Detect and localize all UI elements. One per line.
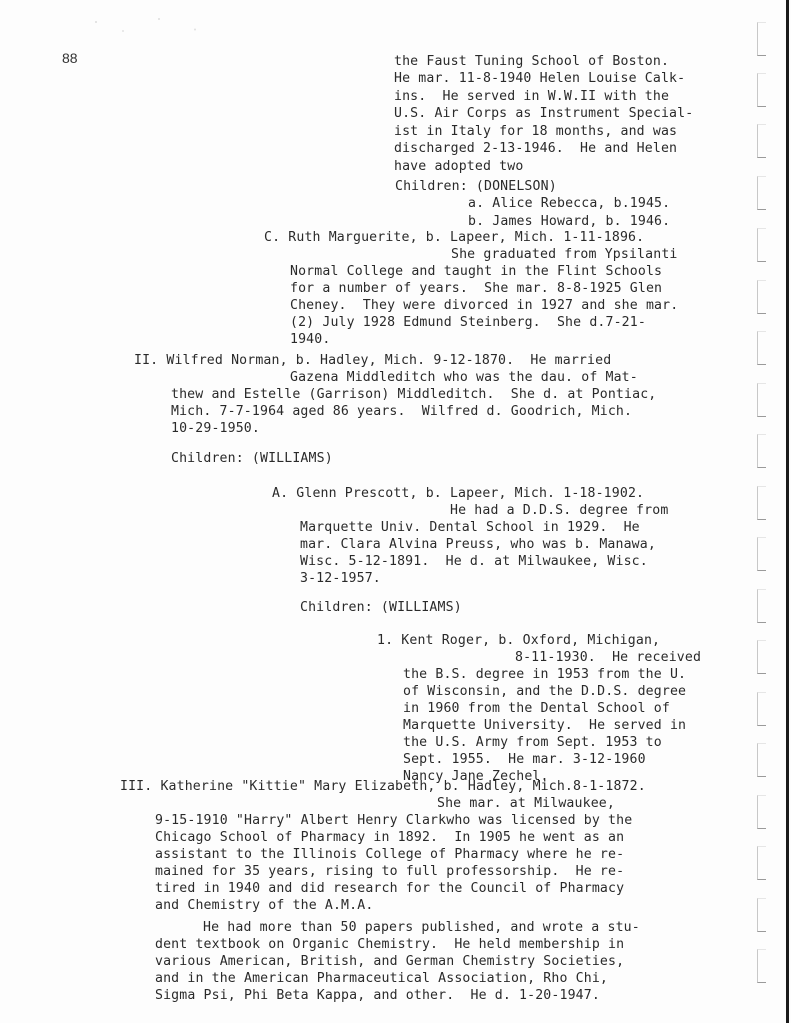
entry-heading: 1. Kent Roger, b. Oxford, Michigan, [377,632,660,650]
text-line: (2) July 1928 Edmund Steinberg. She d.7-… [290,314,646,332]
entry-heading: III. Katherine "Kittie" Mary Elizabeth, … [120,778,646,796]
text-line: She mar. at Milwaukee, [437,795,615,813]
margin-bracket-mark [757,795,766,829]
text-line: Normal College and taught in the Flint S… [290,263,662,281]
margin-bracket-mark [757,22,766,56]
text-line: and in the American Pharmaceutical Assoc… [155,970,608,988]
text-line: assistant to the Illinois College of Pha… [155,846,624,864]
text-line: She graduated from Ypsilanti [451,246,678,264]
margin-bracket-mark [757,280,766,314]
margin-bracket-mark [757,124,766,158]
text-line: He mar. 11-8-1940 Helen Louise Calk- [394,70,685,88]
text-line: mar. Clara Alvina Preuss, who was b. Man… [300,536,656,554]
text-line: He had more than 50 papers published, an… [203,919,640,937]
text-line: in 1960 from the Dental School of [403,700,670,718]
margin-bracket-mark [757,383,766,417]
margin-bracket-mark [757,228,766,262]
page-edge [786,0,789,1023]
text-line: Marquette University. He served in [403,717,686,735]
text-line: ist in Italy for 18 months, and was [394,123,677,141]
margin-bracket-mark [757,846,766,880]
margin-bracket-mark [757,486,766,520]
margin-bracket-mark [757,589,766,623]
margin-bracket-mark [757,898,766,932]
text-line: mained for 35 years, rising to full prof… [155,863,624,881]
text-line: of Wisconsin, and the D.D.S. degree [403,683,686,701]
margin-bracket-mark [757,692,766,726]
margin-bracket-mark [757,176,766,210]
text-line: Gazena Middleditch who was the dau. of M… [290,369,638,387]
text-line: Chicago School of Pharmacy in 1892. In 1… [155,829,624,847]
text-line: discharged 2-13-1946. He and Helen [394,140,677,158]
text-line: and Chemistry of the A.M.A. [155,897,373,915]
child-entry: b. James Howard, b. 1946. [468,213,670,231]
text-line: the U.S. Army from Sept. 1953 to [403,734,662,752]
margin-bracket-mark [757,743,766,777]
text-line: Cheney. They were divorced in 1927 and s… [290,297,678,315]
text-line: Wisc. 5-12-1891. He d. at Milwaukee, Wis… [300,553,648,571]
text-line: various American, British, and German Ch… [155,953,624,971]
text-line: thew and Estelle (Garrison) Middleditch.… [171,386,656,404]
margin-bracket-mark [757,537,766,571]
scan-artifact [60,10,240,40]
text-line: the Faust Tuning School of Boston. [394,53,669,71]
text-line: 9-15-1910 "Harry" Albert Henry Clarkwho … [155,812,632,830]
text-line: 8-11-1930. He received [515,649,701,667]
text-line: U.S. Air Corps as Instrument Special- [394,105,693,123]
text-line: dent textbook on Organic Chemistry. He h… [155,936,624,954]
page-number: 88 [62,50,78,66]
children-heading: Children: (WILLIAMS) [300,599,462,617]
margin-bracket-mark [757,949,766,983]
children-heading: Children: (DONELSON) [395,178,557,196]
margin-bracket-mark [757,434,766,468]
text-line: the B.S. degree in 1953 from the U. [403,666,686,684]
children-heading: Children: (WILLIAMS) [171,450,333,468]
text-line: for a number of years. She mar. 8-8-1925… [290,280,662,298]
entry-heading: C. Ruth Marguerite, b. Lapeer, Mich. 1-1… [264,229,644,247]
text-line: tired in 1940 and did research for the C… [155,880,624,898]
text-line: 1940. [290,331,330,349]
text-line: ins. He served in W.W.II with the [394,88,669,106]
document-page: 88 the Faust Tuning School of Boston. He… [0,0,791,1023]
text-line: have adopted two [394,158,523,176]
entry-heading: II. Wilfred Norman, b. Hadley, Mich. 9-1… [134,352,611,370]
margin-bracket-mark [757,331,766,365]
text-line: Sigma Psi, Phi Beta Kappa, and other. He… [155,987,600,1005]
text-line: Marquette Univ. Dental School in 1929. H… [300,519,640,537]
margin-bracket-mark [757,73,766,107]
text-line: 10-29-1950. [171,420,260,438]
entry-heading: A. Glenn Prescott, b. Lapeer, Mich. 1-18… [272,485,644,503]
text-line: 3-12-1957. [300,570,381,588]
margin-bracket-mark [757,640,766,674]
text-line: He had a D.D.S. degree from [450,502,668,520]
text-line: Mich. 7-7-1964 aged 86 years. Wilfred d.… [171,403,632,421]
text-line: Sept. 1955. He mar. 3-12-1960 [403,751,646,769]
child-entry: a. Alice Rebecca, b.1945. [468,195,670,213]
